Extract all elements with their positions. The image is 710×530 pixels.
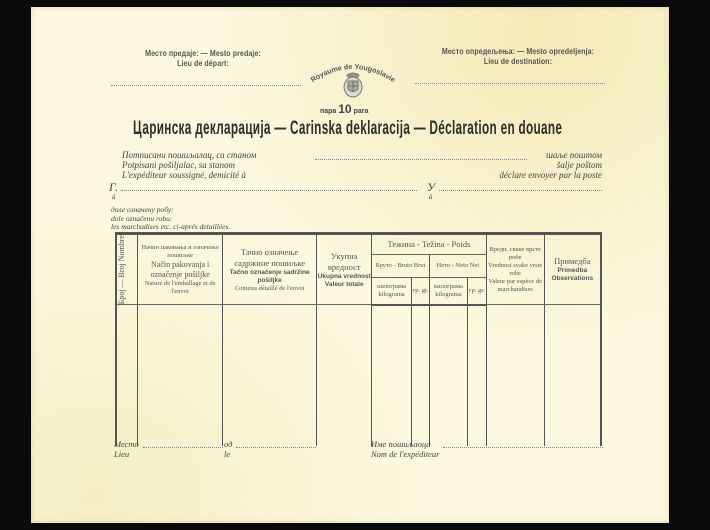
recipient-country-sub: à	[429, 193, 433, 201]
price-prefix: пара	[320, 108, 336, 115]
col-packing-header: Начин паковања и означење пошиљке Način …	[138, 234, 223, 305]
customs-declaration-paper: Место предаје: — Mesto predaje: Lieu de …	[31, 7, 669, 523]
place-label-cyr: Место	[114, 439, 139, 449]
date-field[interactable]	[236, 447, 316, 448]
col-net-header: Нето - Neto Net	[429, 255, 486, 277]
cell-packing[interactable]	[138, 305, 223, 446]
remarks-lat: Primedba	[545, 267, 600, 275]
contents-fr: Contenu détaillé de l'envoi	[223, 285, 316, 293]
sends-cyr: шаље поштом	[451, 150, 602, 160]
departure-field[interactable]	[111, 85, 301, 86]
place-label: Место Lieu	[114, 439, 139, 459]
price-suffix: para	[354, 108, 369, 115]
sender-intro-fr: L'expéditeur soussigné, demicité à	[122, 170, 256, 180]
recipient-name-field[interactable]	[121, 190, 417, 191]
total-value-cyr: Укупна вредност	[317, 251, 371, 273]
cell-total-value[interactable]	[317, 305, 372, 446]
destination-field[interactable]	[415, 83, 605, 84]
col-contents-header: Тачно означење садржине пошиљке Tačno oz…	[222, 234, 316, 305]
cell-remarks[interactable]	[544, 305, 601, 446]
col-number-header: Број — Broj Nombre	[116, 234, 138, 305]
goods-table: Број — Broj Nombre Начин паковања и озна…	[115, 232, 602, 446]
stamp-price: пара 10 para	[320, 102, 368, 116]
contents-lat: Tačno označenje sadržine pošiljke	[223, 269, 316, 285]
total-value-fr: Valeur totale	[317, 281, 371, 289]
cell-net-gr[interactable]	[467, 305, 486, 446]
departure-label: Место предаје: — Mesto predaje: Lieu de …	[124, 49, 282, 69]
place-field[interactable]	[143, 447, 223, 448]
cell-net-kg[interactable]	[429, 305, 467, 446]
cell-gross-kg[interactable]	[372, 305, 412, 446]
sends-lat: šalje poštom	[451, 160, 602, 170]
sender-intro: Потписани пошиљалац, са станом Potpisani…	[122, 150, 256, 180]
departure-label-line2: Lieu de départ:	[124, 59, 282, 69]
col-net-gr: гр. gr.	[467, 277, 486, 305]
table-row[interactable]	[116, 305, 601, 446]
sender-intro-cyr: Потписани пошиљалац, са станом	[122, 150, 256, 160]
place-label-fr: Lieu	[114, 449, 139, 459]
cell-number[interactable]	[116, 305, 138, 446]
sender-name-fr: Nom de l'expéditeur	[371, 449, 439, 459]
recipient-sub: à	[112, 193, 116, 201]
weight-title: Тежина - Težina - Poids	[372, 239, 486, 250]
packing-lat: Način pakovanja i označenje pošiljke	[138, 260, 222, 280]
goods-intro: доле означену робу: dole označenu robu: …	[111, 206, 230, 232]
destination-label-line2: Lieu de destination:	[426, 57, 611, 67]
cell-contents[interactable]	[222, 305, 316, 446]
col-unit-value-header: Вредн. сваке врсте робе Vrednost svake v…	[486, 234, 544, 305]
sender-name-label: Име пошиљаоца Nom de l'expéditeur	[371, 439, 439, 459]
departure-label-line1: Место предаје: — Mesto predaje:	[124, 49, 282, 59]
col-gross-kg: килограма kilograma	[372, 277, 412, 305]
unit-value-cyr: Вредн. сваке врсте робе	[487, 246, 544, 262]
price-value: 10	[338, 102, 351, 116]
sender-intro-lat: Potpisani pošiljalac, sa stanom	[122, 160, 256, 170]
col-gross-header: Бруто - Bruto Brut	[372, 255, 430, 277]
packing-fr: Nature de l'emballage et de l'envoi	[138, 280, 222, 296]
col-gross-gr: гр. gr.	[412, 277, 430, 305]
date-label: од le	[224, 439, 232, 459]
goods-intro-fr: les marchadises etc. ci-aprés detaillées…	[111, 223, 230, 232]
date-label-fr: le	[224, 449, 232, 459]
col-weight-header: Тежина - Težina - Poids	[372, 234, 487, 255]
unit-value-fr: Valeur par espèce de marchandises	[487, 278, 544, 294]
coat-of-arms-icon	[344, 73, 362, 97]
remarks-fr: Observations	[545, 275, 600, 283]
date-label-cyr: од	[224, 439, 232, 449]
packing-cyr: Начин паковања и означење пошиљке	[138, 244, 222, 260]
sender-name-cyr: Име пошиљаоца	[371, 439, 439, 449]
sender-sends: шаље поштом šalje poštom déclare envoyer…	[451, 150, 602, 180]
remarks-cyr: Примедба	[545, 256, 600, 267]
col-remarks-header: Примедба Primedba Observations	[544, 234, 601, 305]
destination-label-line1: Место опредељења: — Mesto opredeljenja:	[426, 47, 611, 57]
cell-gross-gr[interactable]	[412, 305, 430, 446]
unit-value-lat: Vrednost svake vrste robe	[487, 262, 544, 278]
col-net-kg: килограма kilograma	[429, 277, 467, 305]
destination-label: Место опредељења: — Mesto opredeljenja: …	[426, 47, 611, 67]
col-total-value-header: Укупна вредност Ukupna vrednost Valeur t…	[317, 234, 372, 305]
contents-cyr: Тачно означење садржине пошиљке	[223, 247, 316, 269]
form-title: Царинска декларација — Carinska deklarac…	[133, 118, 562, 140]
sender-name-field[interactable]	[443, 447, 603, 448]
cell-unit-value[interactable]	[486, 305, 544, 446]
recipient-country-field[interactable]	[439, 190, 602, 191]
col-number-label: Број — Broj Nombre	[117, 235, 126, 304]
total-value-lat: Ukupna vrednost	[317, 273, 371, 281]
sends-fr: déclare envoyer par la poste	[451, 170, 602, 180]
